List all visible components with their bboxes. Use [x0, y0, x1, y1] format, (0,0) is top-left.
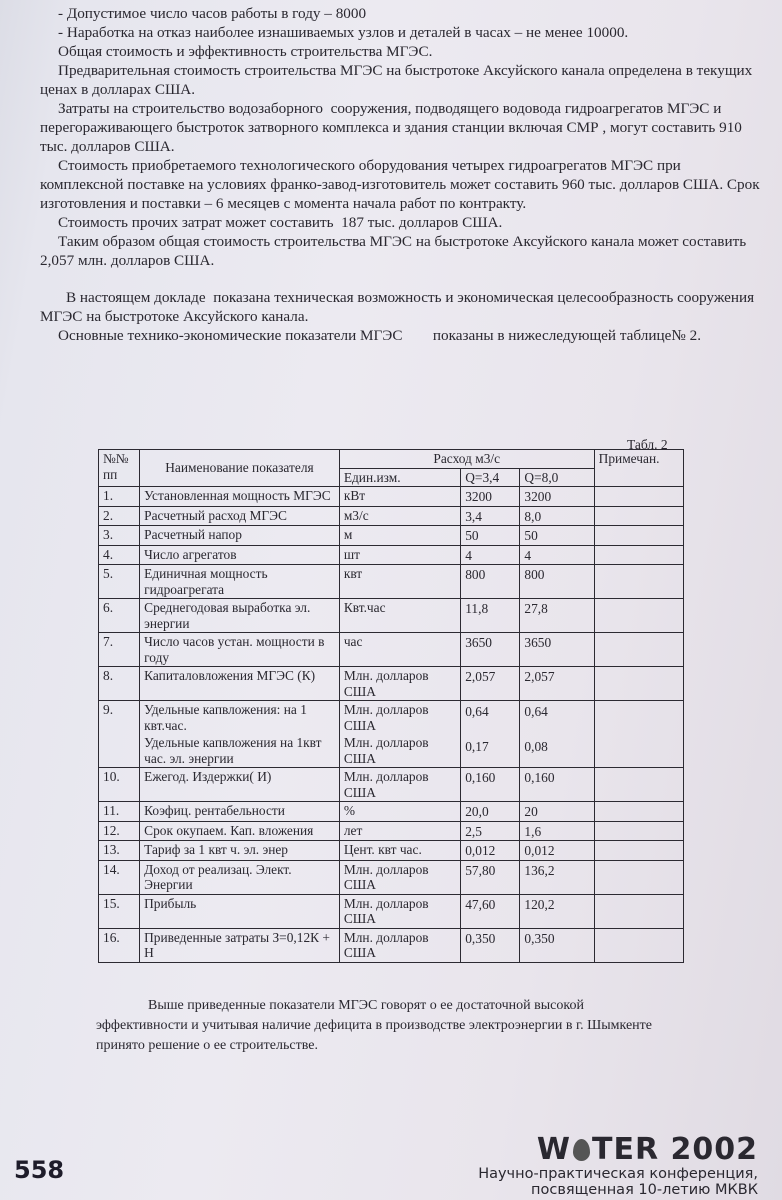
table-row: 7.Число часов устан. мощности в годучас3…: [99, 633, 684, 667]
logo-right: TER 2002: [592, 1132, 758, 1167]
table-row: 11.Коэфиц. рентабельности%20,020: [99, 802, 684, 822]
intro-paragraph: - Наработка на отказ наиболее изнашиваем…: [40, 23, 762, 42]
table-row: 12.Срок окупаем. Кап. вложениялет2,51,6: [99, 821, 684, 841]
intro-paragraph: Предварительная стоимость строительства …: [40, 61, 762, 99]
row-q1: 47,60: [461, 894, 520, 928]
row-unit: Млн. долларов СШАМлн. долларов США: [339, 701, 460, 768]
water-drop-icon: [573, 1139, 590, 1161]
row-num: 15.: [99, 894, 140, 928]
row-q2: 0,160: [520, 768, 594, 802]
table-row: 13.Тариф за 1 квт ч. эл. энерЦент. квт ч…: [99, 841, 684, 861]
row-unit: лет: [339, 821, 460, 841]
row-q1-main: 0,64: [465, 702, 515, 720]
row-q2: 8,0: [520, 506, 594, 526]
row-note: [594, 860, 683, 894]
conclusion-paragraph: В настоящем докладе показана техническая…: [40, 288, 762, 326]
intro-text: - Допустимое число часов работы в году –…: [40, 4, 762, 345]
row-q1: 4: [461, 545, 520, 565]
row-name: Единичная мощность гидроагрегата: [140, 565, 340, 599]
row-name: Расчетный расход МГЭС: [140, 506, 340, 526]
table-row: 3.Расчетный напорм5050: [99, 526, 684, 546]
logo-subtitle-1: Научно-практическая конференция,: [478, 1166, 758, 1182]
intro-paragraph: Стоимость прочих затрат может составить …: [40, 213, 762, 232]
row-num: 12.: [99, 821, 140, 841]
row-note: [594, 841, 683, 861]
row-q2: 800: [520, 565, 594, 599]
closing-text: Выше приведенные показатели МГЭС говорят…: [96, 996, 656, 1056]
intro-paragraph: - Допустимое число часов работы в году –…: [40, 4, 762, 23]
row-unit: м3/с: [339, 506, 460, 526]
row-name-sub: Удельные капвложения на 1квт час. эл. эн…: [144, 735, 335, 766]
table-row: 14.Доход от реализац. Элект. ЭнергииМлн.…: [99, 860, 684, 894]
row-q1: 3,4: [461, 506, 520, 526]
header-q2: Q=8,0: [520, 468, 594, 487]
row-num: 16.: [99, 928, 140, 962]
row-q2: 27,8: [520, 599, 594, 633]
row-unit: час: [339, 633, 460, 667]
row-note: [594, 545, 683, 565]
row-unit: шт: [339, 545, 460, 565]
table-row: 1.Установленная мощность МГЭСкВт32003200: [99, 487, 684, 507]
row-name: Капиталовложения МГЭС (К): [140, 667, 340, 701]
row-note: [594, 928, 683, 962]
row-q2: 3650: [520, 633, 594, 667]
row-q2: 20: [520, 802, 594, 822]
row-q2: 50: [520, 526, 594, 546]
row-unit: кВт: [339, 487, 460, 507]
row-note: [594, 487, 683, 507]
row-q1: 20,0: [461, 802, 520, 822]
row-note: [594, 565, 683, 599]
row-num: 9.: [99, 701, 140, 768]
row-q1: 11,8: [461, 599, 520, 633]
row-q1: 50: [461, 526, 520, 546]
row-name: Число агрегатов: [140, 545, 340, 565]
row-q1: 2,5: [461, 821, 520, 841]
row-unit: Млн. долларов США: [339, 928, 460, 962]
row-note: [594, 802, 683, 822]
row-q1: 3650: [461, 633, 520, 667]
row-q2-sub: 0,08: [524, 739, 589, 755]
table-row: 6.Среднегодовая выработка эл. энергииКвт…: [99, 599, 684, 633]
row-unit: Млн. долларов США: [339, 860, 460, 894]
row-q1: 2,057: [461, 667, 520, 701]
header-unit: Един.изм.: [339, 468, 460, 487]
row-num: 8.: [99, 667, 140, 701]
row-num: 5.: [99, 565, 140, 599]
row-q2: 3200: [520, 487, 594, 507]
spacer: [40, 270, 762, 288]
row-unit: Квт.час: [339, 599, 460, 633]
row-unit: м: [339, 526, 460, 546]
row-num: 7.: [99, 633, 140, 667]
header-num: №№ пп: [99, 450, 140, 487]
row-unit: %: [339, 802, 460, 822]
row-q1: 57,80: [461, 860, 520, 894]
row-q2: 0,640,08: [520, 701, 594, 768]
table-row: 9.Удельные капвложения: на 1 квт.час.Уде…: [99, 701, 684, 768]
row-name: Число часов устан. мощности в году: [140, 633, 340, 667]
row-num: 10.: [99, 768, 140, 802]
row-name: Удельные капвложения: на 1 квт.час.Удель…: [140, 701, 340, 768]
row-name: Срок окупаем. Кап. вложения: [140, 821, 340, 841]
row-name-main: Удельные капвложения: на 1 квт.час.: [144, 702, 335, 733]
table-row: 8.Капиталовложения МГЭС (К)Млн. долларов…: [99, 667, 684, 701]
row-unit-main: Млн. долларов США: [344, 702, 456, 733]
row-name: Установленная мощность МГЭС: [140, 487, 340, 507]
row-unit: Млн. долларов США: [339, 768, 460, 802]
row-num: 3.: [99, 526, 140, 546]
row-num: 6.: [99, 599, 140, 633]
row-name: Прибыль: [140, 894, 340, 928]
table-row: 15.ПрибыльМлн. долларов США47,60120,2: [99, 894, 684, 928]
row-note: [594, 506, 683, 526]
row-q2: 0,350: [520, 928, 594, 962]
row-q1: 800: [461, 565, 520, 599]
intro-paragraph: Стоимость приобретаемого технологическог…: [40, 156, 762, 213]
page-number: 558: [14, 1156, 64, 1184]
row-q2: 4: [520, 545, 594, 565]
row-unit-sub: Млн. долларов США: [344, 735, 456, 766]
row-q1: 0,640,17: [461, 701, 520, 768]
table-row: 5.Единичная мощность гидроагрегатаквт800…: [99, 565, 684, 599]
row-name: Расчетный напор: [140, 526, 340, 546]
row-q2: 1,6: [520, 821, 594, 841]
row-name: Коэфиц. рентабельности: [140, 802, 340, 822]
row-q2: 120,2: [520, 894, 594, 928]
intro-paragraph: Затраты на строительство водозаборного с…: [40, 99, 762, 156]
row-q1: 0,160: [461, 768, 520, 802]
logo-title: WTER 2002: [478, 1134, 758, 1166]
row-q1-sub: 0,17: [465, 739, 515, 755]
header-name: Наименование показателя: [140, 450, 340, 487]
intro-paragraph: Общая стоимость и эффективность строител…: [40, 42, 762, 61]
conclusion-paragraph: Основные технико-экономические показател…: [40, 326, 762, 345]
row-unit: квт: [339, 565, 460, 599]
logo-left: W: [537, 1132, 571, 1167]
row-q2: 0,012: [520, 841, 594, 861]
closing-paragraph: Выше приведенные показатели МГЭС говорят…: [96, 996, 656, 1056]
table-header-row: №№ пп Наименование показателя Расход м3/…: [99, 450, 684, 469]
row-name: Доход от реализац. Элект. Энергии: [140, 860, 340, 894]
conference-logo: WTER 2002 Научно-практическая конференци…: [478, 1134, 758, 1198]
document-page: - Допустимое число часов работы в году –…: [0, 0, 782, 1200]
row-num: 4.: [99, 545, 140, 565]
table-row: 2.Расчетный расход МГЭСм3/с3,48,0: [99, 506, 684, 526]
row-name: Приведенные затраты З=0,12К + Н: [140, 928, 340, 962]
row-note: [594, 599, 683, 633]
row-q2: 2,057: [520, 667, 594, 701]
row-unit: Млн. долларов США: [339, 667, 460, 701]
row-num: 2.: [99, 506, 140, 526]
logo-subtitle-2: посвященная 10-летию МКВК: [478, 1182, 758, 1198]
row-q2-main: 0,64: [524, 702, 589, 720]
header-flow: Расход м3/с: [339, 450, 594, 469]
row-q1: 3200: [461, 487, 520, 507]
row-name: Тариф за 1 квт ч. эл. энер: [140, 841, 340, 861]
row-note: [594, 821, 683, 841]
row-unit: Цент. квт час.: [339, 841, 460, 861]
row-q2: 136,2: [520, 860, 594, 894]
intro-paragraph: Таким образом общая стоимость строительс…: [40, 232, 762, 270]
row-note: [594, 526, 683, 546]
row-num: 13.: [99, 841, 140, 861]
row-note: [594, 633, 683, 667]
row-name: Ежегод. Издержки( И): [140, 768, 340, 802]
table-row: 4.Число агрегатовшт44: [99, 545, 684, 565]
row-q1: 0,350: [461, 928, 520, 962]
row-note: [594, 701, 683, 768]
row-num: 14.: [99, 860, 140, 894]
row-num: 1.: [99, 487, 140, 507]
table-row: 16.Приведенные затраты З=0,12К + НМлн. д…: [99, 928, 684, 962]
header-q1: Q=3,4: [461, 468, 520, 487]
header-note: Примечан.: [594, 450, 683, 487]
row-note: [594, 667, 683, 701]
row-name: Среднегодовая выработка эл. энергии: [140, 599, 340, 633]
row-note: [594, 768, 683, 802]
row-note: [594, 894, 683, 928]
table-row: 10.Ежегод. Издержки( И)Млн. долларов США…: [99, 768, 684, 802]
row-q1: 0,012: [461, 841, 520, 861]
row-num: 11.: [99, 802, 140, 822]
row-unit: Млн. долларов США: [339, 894, 460, 928]
indicators-table: №№ пп Наименование показателя Расход м3/…: [98, 449, 684, 963]
